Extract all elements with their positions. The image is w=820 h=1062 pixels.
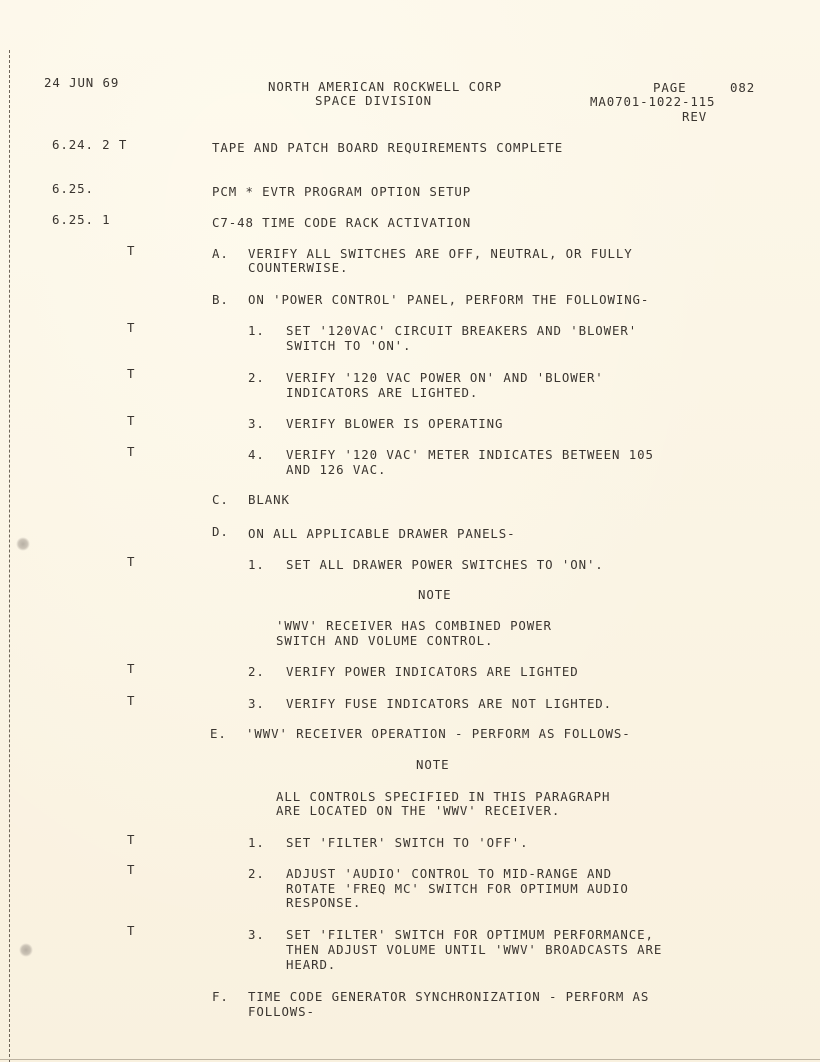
substep-text: VERIFY FUSE INDICATORS ARE NOT LIGHTED. (286, 696, 612, 711)
substep-text: SET '120VAC' CIRCUIT BREAKERS AND 'BLOWE… (286, 323, 637, 338)
document-number: MA0701-1022-115 (590, 94, 715, 109)
test-mark: T (127, 554, 135, 569)
substep-number: 3. (248, 696, 265, 711)
substep-text: SWITCH TO 'ON'. (286, 338, 411, 353)
test-mark: T (127, 413, 135, 428)
substep-text: VERIFY BLOWER IS OPERATING (286, 416, 503, 431)
step-letter: E. (210, 726, 227, 741)
substep-number: 4. (248, 447, 265, 462)
substep-number: 1. (248, 835, 265, 850)
note-title: NOTE (416, 757, 449, 772)
substep-text: ROTATE 'FREQ MC' SWITCH FOR OPTIMUM AUDI… (286, 881, 629, 896)
step-letter: D. (212, 524, 229, 539)
substep-number: 3. (248, 927, 265, 942)
division-name: SPACE DIVISION (315, 93, 432, 108)
step-text: 'WWV' RECEIVER OPERATION - PERFORM AS FO… (246, 726, 631, 741)
test-mark: T (127, 366, 135, 381)
test-mark: T (127, 923, 135, 938)
substep-text: VERIFY '120 VAC POWER ON' AND 'BLOWER' (286, 370, 604, 385)
substep-number: 3. (248, 416, 265, 431)
step-letter: C. (212, 492, 229, 507)
punch-hole-mark (16, 537, 30, 551)
test-mark: T (127, 661, 135, 676)
step-text: FOLLOWS- (248, 1004, 315, 1019)
substep-text: VERIFY '120 VAC' METER INDICATES BETWEEN… (286, 447, 654, 462)
substep-text: THEN ADJUST VOLUME UNTIL 'WWV' BROADCAST… (286, 942, 662, 957)
note-text: ARE LOCATED ON THE 'WWV' RECEIVER. (276, 803, 560, 818)
revision-label: REV (682, 109, 707, 124)
page-left-edge (9, 50, 10, 1062)
step-letter: F. (212, 989, 229, 1004)
section-number: 6.25. (52, 181, 94, 196)
step-letter: A. (212, 246, 229, 261)
step-letter: B. (212, 292, 229, 307)
section-title: TAPE AND PATCH BOARD REQUIREMENTS COMPLE… (212, 140, 563, 155)
substep-text: SET ALL DRAWER POWER SWITCHES TO 'ON'. (286, 557, 604, 572)
substep-number: 1. (248, 323, 265, 338)
test-mark: T (127, 693, 135, 708)
step-text: BLANK (248, 492, 290, 507)
substep-text: ADJUST 'AUDIO' CONTROL TO MID-RANGE AND (286, 866, 612, 881)
step-text: TIME CODE GENERATOR SYNCHRONIZATION - PE… (248, 989, 649, 1004)
substep-number: 2. (248, 370, 265, 385)
section-title: PCM * EVTR PROGRAM OPTION SETUP (212, 184, 471, 199)
section-number: 6.24. 2 T (52, 137, 127, 152)
test-mark: T (127, 862, 135, 877)
document-date: 24 JUN 69 (44, 75, 119, 90)
substep-text: VERIFY POWER INDICATORS ARE LIGHTED (286, 664, 579, 679)
substep-text: RESPONSE. (286, 895, 361, 910)
note-text: 'WWV' RECEIVER HAS COMBINED POWER (276, 618, 552, 633)
page-bottom-edge (0, 1059, 820, 1060)
test-mark: T (127, 444, 135, 459)
substep-text: AND 126 VAC. (286, 462, 386, 477)
test-mark: T (127, 320, 135, 335)
punch-hole-mark (19, 943, 33, 957)
substep-number: 2. (248, 664, 265, 679)
note-text: SWITCH AND VOLUME CONTROL. (276, 633, 493, 648)
substep-text: SET 'FILTER' SWITCH FOR OPTIMUM PERFORMA… (286, 927, 654, 942)
test-mark: T (127, 832, 135, 847)
page-label: PAGE (653, 80, 686, 95)
test-mark: T (127, 243, 135, 258)
step-text: ON ALL APPLICABLE DRAWER PANELS- (248, 526, 516, 541)
step-text: VERIFY ALL SWITCHES ARE OFF, NEUTRAL, OR… (248, 246, 633, 261)
step-text: ON 'POWER CONTROL' PANEL, PERFORM THE FO… (248, 292, 649, 307)
substep-text: SET 'FILTER' SWITCH TO 'OFF'. (286, 835, 528, 850)
note-title: NOTE (418, 587, 451, 602)
page-number: 082 (730, 80, 755, 95)
section-title: C7-48 TIME CODE RACK ACTIVATION (212, 215, 471, 230)
step-text: COUNTERWISE. (248, 260, 348, 275)
substep-number: 2. (248, 866, 265, 881)
note-text: ALL CONTROLS SPECIFIED IN THIS PARAGRAPH (276, 789, 610, 804)
substep-text: INDICATORS ARE LIGHTED. (286, 385, 478, 400)
substep-text: HEARD. (286, 957, 336, 972)
section-number: 6.25. 1 (52, 212, 111, 227)
company-name: NORTH AMERICAN ROCKWELL CORP (268, 79, 502, 94)
substep-number: 1. (248, 557, 265, 572)
